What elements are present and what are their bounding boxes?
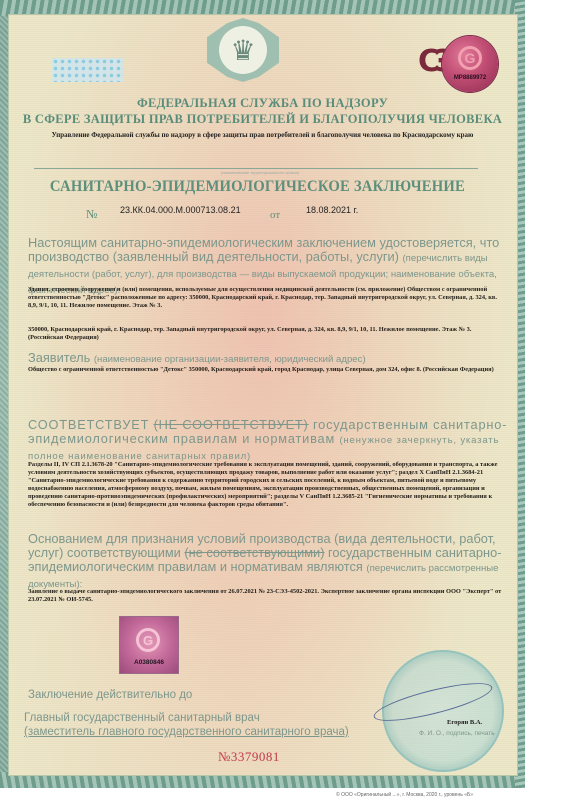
object-description: Здания, строения, сооружения и (или) пом… <box>28 286 508 310</box>
double-headed-eagle-icon: ♛ <box>219 26 267 74</box>
printer-note: © ООО «Оригинальный ...», г. Москва, 202… <box>336 792 473 798</box>
hologram-strip <box>52 58 124 82</box>
applicant-label: Заявитель <box>28 350 90 365</box>
number-label: № <box>86 207 97 222</box>
hologram-seal: G MP8889972 <box>442 36 498 92</box>
valid-until-label: Заключение действительно до <box>28 689 192 701</box>
signer-name: Егорян В.А. <box>447 719 482 726</box>
hologram-sticker-number: А0380846 <box>120 659 178 666</box>
not-complies-struck: (НЕ СООТВЕТСТВУЕТ) <box>154 417 309 432</box>
hologram-g-icon: G <box>136 628 160 652</box>
basis-statement: Основанием для признания условий произво… <box>28 532 508 592</box>
department-name: Управление Федеральной службы по надзору… <box>0 131 525 139</box>
valid-until: Заключение действительно до <box>28 688 508 702</box>
basis-struck: (не соответствующими) <box>184 545 324 560</box>
document-title: САНИТАРНО-ЭПИДЕМИОЛОГИЧЕСКОЕ ЗАКЛЮЧЕНИЕ <box>21 178 495 196</box>
object-address: 350000, Краснодарский край, г. Краснодар… <box>28 326 508 342</box>
hologram-sticker: G А0380846 <box>120 617 178 673</box>
document-number-row: № 23.КК.04.000.М.000713.08.21 от 18.08.2… <box>0 205 525 225</box>
hologram-seal-number: MP8889972 <box>442 75 498 81</box>
applicant-heading: Заявитель (наименование организации-заяв… <box>28 351 508 367</box>
chief-doctor-title: Главный государственный санитарный врач <box>24 711 504 725</box>
agency-name-line1: ФЕДЕРАЛЬНАЯ СЛУЖБА ПО НАДЗОРУ <box>0 96 543 111</box>
basis-documents: Заявление о выдаче санитарно-эпидемиолог… <box>28 588 508 604</box>
applicant-value: Общество с ограниченной ответственностью… <box>28 366 508 374</box>
document-date: 18.08.2021 г. <box>306 205 358 215</box>
complies-text: СООТВЕТСТВУЕТ <box>28 417 149 432</box>
sanitary-rules-list: Разделы II, IV СП 2.1.3678-20 "Санитарно… <box>28 461 508 509</box>
document-number: 23.КК.04.000.М.000713.08.21 <box>120 205 241 215</box>
applicant-label-note: (наименование организации-заявителя, юри… <box>94 354 366 365</box>
org-caption: (наименование территориального органа) <box>0 170 520 175</box>
deputy-title: (заместитель главного государственного с… <box>24 725 364 739</box>
org-underline <box>34 168 478 169</box>
hologram-g-icon: G <box>458 46 482 70</box>
form-serial-number: №3379081 <box>218 749 280 765</box>
signer-caption: Ф. И. О., подпись, печать <box>419 730 495 737</box>
agency-name-line2: В СФЕРЕ ЗАЩИТЫ ПРАВ ПОТРЕБИТЕЛЕЙ И БЛАГО… <box>0 112 543 127</box>
compliance-statement: СООТВЕТСТВУЕТ (НЕ СООТВЕТСТВУЕТ) государ… <box>28 418 508 464</box>
from-label: от <box>270 209 280 221</box>
